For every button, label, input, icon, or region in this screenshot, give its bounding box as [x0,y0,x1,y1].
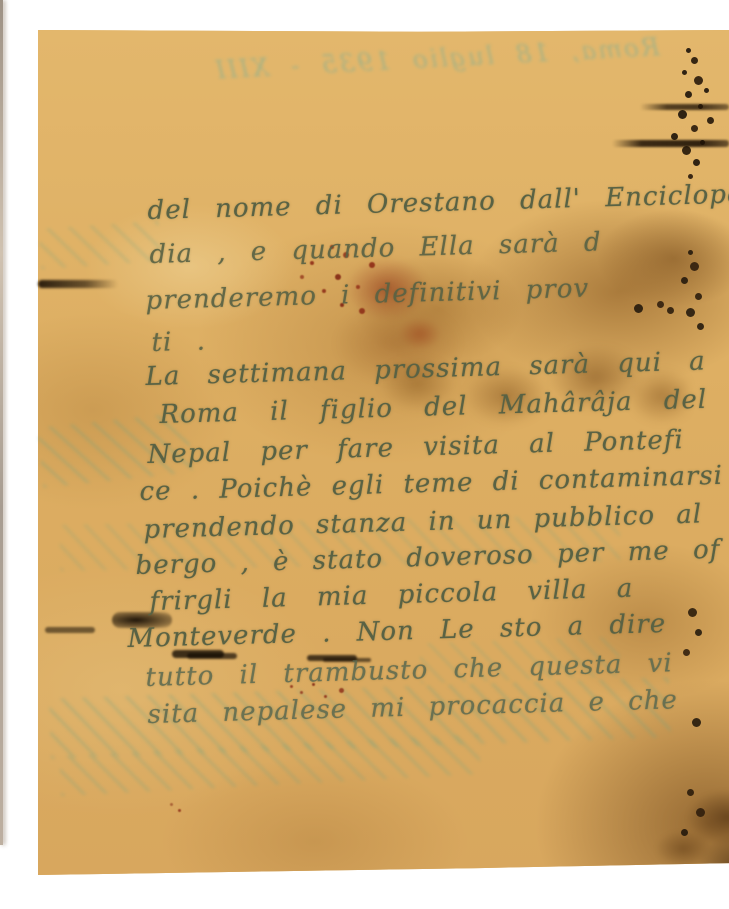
handwritten-line: sita nepalese mi procaccia e che [147,685,678,730]
handwritten-line: del nome di Orestano dall' Enciclope [147,179,729,226]
handwritten-line: Roma il figlio del Mahârâja del [159,385,707,430]
handwritten-line: ti . [151,326,206,358]
handwritten-line: frirgli la mia piccola villa a [149,574,634,617]
handwritten-line: dia , e quando Ella sarà d [149,227,602,270]
handwritten-line: La settimana prossima sarà qui a [145,346,706,392]
handwriting-block: del nome di Orestano dall' Enciclope dia… [0,0,729,909]
scanned-letter-page: { "document": { "kind": "scanned handwri… [0,0,729,909]
handwritten-line: Monteverde . Non Le sto a dire [127,609,666,654]
handwritten-line: prenderemo i definitivi prov [145,274,589,316]
handwritten-line: tutto il trambusto che questa vi [145,648,673,693]
